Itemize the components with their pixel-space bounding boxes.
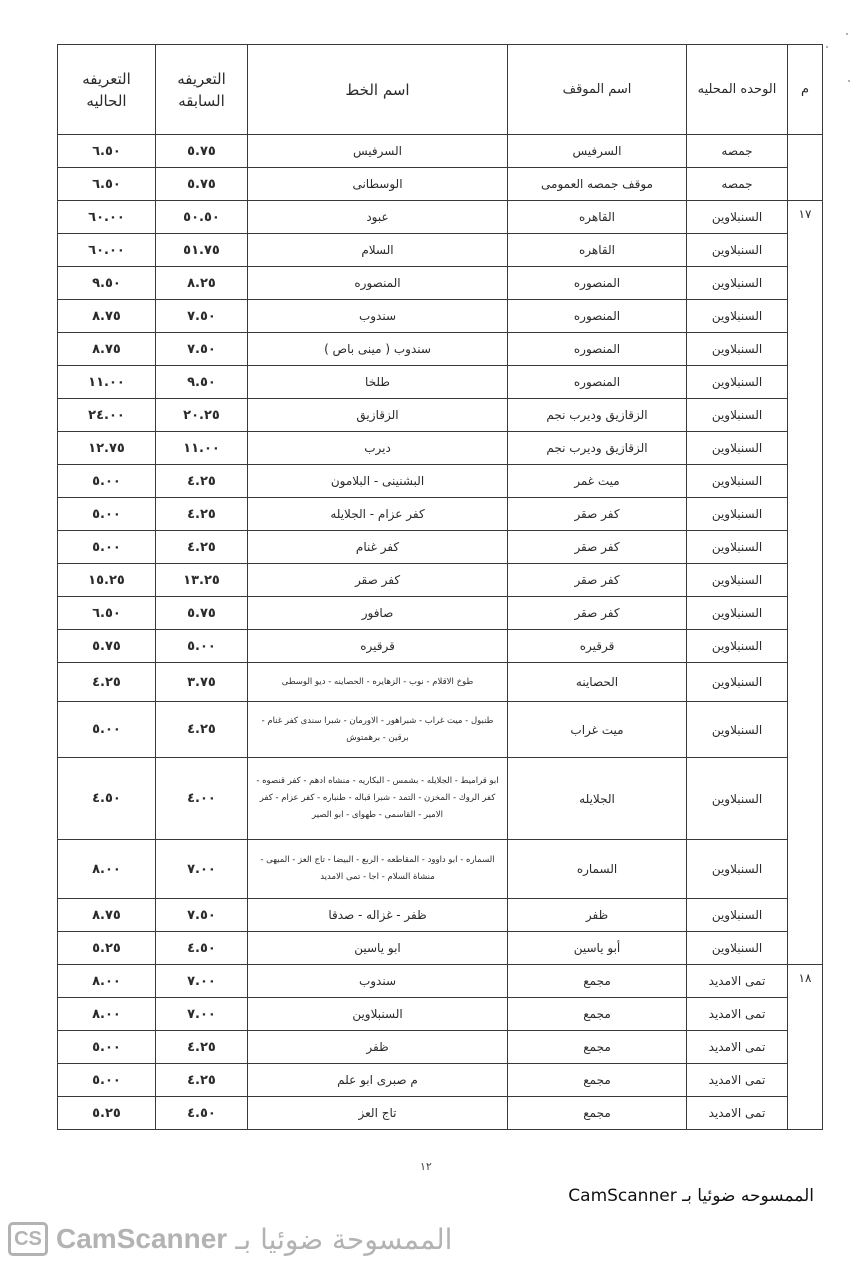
table-row: تمى الامديدمجمعم صبرى ابو علم٤.٢٥٥.٠٠ [58,1064,823,1097]
previous-fare-cell: ٩.٥٠ [156,366,248,399]
table-row: السنبلاوينميت غرابطنبول - ميت غراب - شبر… [58,702,823,758]
fare-table-container: م الوحده المحليه اسم الموقف اسم الخط الت… [57,44,822,1130]
header-line-name: اسم الخط [248,45,508,135]
line-name-cell: سندوب [248,300,508,333]
local-unit-cell: تمى الامديد [687,1031,788,1064]
table-row: تمى الامديدمجمعالسنبلاوين٧.٠٠٨.٠٠ [58,998,823,1031]
stop-name-cell: كفر صقر [508,498,687,531]
local-unit-cell: السنبلاوين [687,702,788,758]
table-row: السنبلاوينكفر صقركفر عزام - الجلايله٤.٢٥… [58,498,823,531]
watermark-arabic: الممسوحة ضوئيا بـ [235,1223,452,1256]
stop-name-cell: مجمع [508,1097,687,1130]
previous-fare-cell: ٤.٠٠ [156,758,248,840]
current-fare-cell: ٥.٠٠ [58,702,156,758]
previous-fare-cell: ٧.٥٠ [156,300,248,333]
previous-fare-cell: ٥.٧٥ [156,597,248,630]
current-fare-cell: ٨.٧٥ [58,899,156,932]
scanned-document-page: م الوحده المحليه اسم الموقف اسم الخط الت… [0,0,864,1280]
local-unit-cell: السنبلاوين [687,234,788,267]
table-row: السنبلاوينميت غمرالبشنينى - البلامون٤.٢٥… [58,465,823,498]
current-fare-cell: ٨.٠٠ [58,965,156,998]
previous-fare-cell: ٧.٠٠ [156,998,248,1031]
line-name-cell: ابو قراميط - الجلايله - بشمس - البكاريه … [248,758,508,840]
previous-fare-cell: ٤.٢٥ [156,531,248,564]
previous-fare-cell: ٧.٠٠ [156,965,248,998]
table-row: جمصهالسرفيسالسرفيس٥.٧٥٦.٥٠ [58,135,823,168]
previous-fare-cell: ٧.٥٠ [156,899,248,932]
previous-fare-cell: ٤.٥٠ [156,1097,248,1130]
table-row: السنبلاوينالمنصورهطلخا٩.٥٠١١.٠٠ [58,366,823,399]
current-fare-cell: ٥.٠٠ [58,1031,156,1064]
current-fare-cell: ٥.٢٥ [58,932,156,965]
previous-fare-cell: ٨.٢٥ [156,267,248,300]
local-unit-cell: السنبلاوين [687,663,788,702]
header-stop-name: اسم الموقف [508,45,687,135]
serial-cell: ١٨ [788,965,823,1130]
stop-name-cell: ظفر [508,899,687,932]
stop-name-cell: ميت غمر [508,465,687,498]
line-name-cell: السماره - ابو داوود - المقاطعه - الربع -… [248,840,508,899]
previous-fare-cell: ٤.٢٥ [156,702,248,758]
line-name-cell: كفر صقر [248,564,508,597]
line-name-cell: صافور [248,597,508,630]
current-fare-cell: ٨.٧٥ [58,333,156,366]
stop-name-cell: مجمع [508,1064,687,1097]
stop-name-cell: كفر صقر [508,564,687,597]
line-name-cell: الوسطانى [248,168,508,201]
current-fare-cell: ٦.٥٠ [58,135,156,168]
local-unit-cell: السنبلاوين [687,899,788,932]
table-row: السنبلاوينكفر صقركفر صقر١٣.٢٥١٥.٢٥ [58,564,823,597]
line-name-cell: السرفيس [248,135,508,168]
previous-fare-cell: ٥٠.٥٠ [156,201,248,234]
current-fare-cell: ٥.٠٠ [58,465,156,498]
header-serial: م [788,45,823,135]
table-row: تمى الامديدمجمعظفر٤.٢٥٥.٠٠ [58,1031,823,1064]
scan-note: الممسوحه ضوئيا بـ CamScanner [568,1186,814,1206]
line-name-cell: سندوب ( مينى باص ) [248,333,508,366]
local-unit-cell: السنبلاوين [687,758,788,840]
local-unit-cell: السنبلاوين [687,399,788,432]
current-fare-cell: ٦٠.٠٠ [58,201,156,234]
local-unit-cell: السنبلاوين [687,630,788,663]
table-header-row: م الوحده المحليه اسم الموقف اسم الخط الت… [58,45,823,135]
current-fare-cell: ٦.٥٠ [58,168,156,201]
line-name-cell: طوخ الاقلام - نوب - الزهايره - الحصاينه … [248,663,508,702]
table-row: السنبلاوينكفر صقرصافور٥.٧٥٦.٥٠ [58,597,823,630]
local-unit-cell: جمصه [687,168,788,201]
line-name-cell: ظفر - غزاله - صدقا [248,899,508,932]
current-fare-cell: ١٢.٧٥ [58,432,156,465]
table-row: السنبلاوينكفر صقركفر غنام٤.٢٥٥.٠٠ [58,531,823,564]
current-fare-cell: ١١.٠٠ [58,366,156,399]
header-previous-fare: التعريفه السابقه [156,45,248,135]
local-unit-cell: السنبلاوين [687,840,788,899]
stop-name-cell: مجمع [508,1031,687,1064]
previous-fare-cell: ٥١.٧٥ [156,234,248,267]
line-name-cell: البشنينى - البلامون [248,465,508,498]
table-row: السنبلاوينالحصاينهطوخ الاقلام - نوب - ال… [58,663,823,702]
local-unit-cell: السنبلاوين [687,333,788,366]
stop-name-cell: المنصوره [508,267,687,300]
watermark-brand: CamScanner [56,1223,227,1255]
serial-cell [788,135,823,201]
current-fare-cell: ٤.٢٥ [58,663,156,702]
line-name-cell: السنبلاوين [248,998,508,1031]
local-unit-cell: السنبلاوين [687,432,788,465]
table-row: السنبلاوينظفرظفر - غزاله - صدقا٧.٥٠٨.٧٥ [58,899,823,932]
local-unit-cell: السنبلاوين [687,465,788,498]
previous-fare-cell: ٥.٧٥ [156,168,248,201]
local-unit-cell: السنبلاوين [687,366,788,399]
table-row: تمى الامديدمجمعتاج العز٤.٥٠٥.٢٥ [58,1097,823,1130]
current-fare-cell: ٤.٥٠ [58,758,156,840]
stop-name-cell: مجمع [508,965,687,998]
local-unit-cell: تمى الامديد [687,1097,788,1130]
table-row: السنبلاوينالزقازيق وديرب نجمديرب١١.٠٠١٢.… [58,432,823,465]
previous-fare-cell: ١٣.٢٥ [156,564,248,597]
stop-name-cell: الزقازيق وديرب نجم [508,399,687,432]
current-fare-cell: ٥.٧٥ [58,630,156,663]
header-current-fare: التعريفه الحاليه [58,45,156,135]
stop-name-cell: المنصوره [508,300,687,333]
stop-name-cell: مجمع [508,998,687,1031]
table-row: جمصهموقف جمصه العمومىالوسطانى٥.٧٥٦.٥٠ [58,168,823,201]
line-name-cell: عبود [248,201,508,234]
fare-table: م الوحده المحليه اسم الموقف اسم الخط الت… [57,44,823,1130]
local-unit-cell: تمى الامديد [687,965,788,998]
stop-name-cell: الزقازيق وديرب نجم [508,432,687,465]
scan-speck [848,80,850,82]
current-fare-cell: ٦٠.٠٠ [58,234,156,267]
table-row: السنبلاوينالمنصورهالمنصوره٨.٢٥٩.٥٠ [58,267,823,300]
table-row: السنبلاوينقرقيرهقرقيره٥.٠٠٥.٧٥ [58,630,823,663]
local-unit-cell: السنبلاوين [687,267,788,300]
current-fare-cell: ٨.٠٠ [58,840,156,899]
line-name-cell: الزقازيق [248,399,508,432]
table-row: السنبلاوينالمنصورهسندوب ( مينى باص )٧.٥٠… [58,333,823,366]
local-unit-cell: السنبلاوين [687,564,788,597]
line-name-cell: تاج العز [248,1097,508,1130]
current-fare-cell: ٦.٥٠ [58,597,156,630]
stop-name-cell: القاهره [508,201,687,234]
local-unit-cell: السنبلاوين [687,498,788,531]
stop-name-cell: قرقيره [508,630,687,663]
stop-name-cell: القاهره [508,234,687,267]
scan-speck [846,33,848,35]
line-name-cell: كفر غنام [248,531,508,564]
previous-fare-cell: ٤.٢٥ [156,465,248,498]
previous-fare-cell: ٥.٧٥ [156,135,248,168]
stop-name-cell: موقف جمصه العمومى [508,168,687,201]
scan-speck [826,46,828,48]
previous-fare-cell: ٧.٥٠ [156,333,248,366]
line-name-cell: السلام [248,234,508,267]
current-fare-cell: ٨.٧٥ [58,300,156,333]
current-fare-cell: ٥.٢٥ [58,1097,156,1130]
local-unit-cell: تمى الامديد [687,998,788,1031]
table-row: السنبلاوينالزقازيق وديرب نجمالزقازيق٢٠.٢… [58,399,823,432]
header-local-unit: الوحده المحليه [687,45,788,135]
line-name-cell: طلخا [248,366,508,399]
line-name-cell: قرقيره [248,630,508,663]
stop-name-cell: السماره [508,840,687,899]
current-fare-cell: ١٥.٢٥ [58,564,156,597]
stop-name-cell: الجلايله [508,758,687,840]
line-name-cell: ابو ياسين [248,932,508,965]
line-name-cell: ديرب [248,432,508,465]
stop-name-cell: كفر صقر [508,597,687,630]
local-unit-cell: السنبلاوين [687,932,788,965]
local-unit-cell: السنبلاوين [687,597,788,630]
local-unit-cell: السنبلاوين [687,531,788,564]
previous-fare-cell: ٥.٠٠ [156,630,248,663]
table-row: السنبلاوينالجلايلهابو قراميط - الجلايله … [58,758,823,840]
previous-fare-cell: ٤.٢٥ [156,1031,248,1064]
previous-fare-cell: ٤.٢٥ [156,1064,248,1097]
stop-name-cell: المنصوره [508,333,687,366]
stop-name-cell: ميت غراب [508,702,687,758]
stop-name-cell: المنصوره [508,366,687,399]
table-row: ١٨تمى الامديدمجمعسندوب٧.٠٠٨.٠٠ [58,965,823,998]
page-number: ١٢ [420,1160,432,1173]
stop-name-cell: أبو ياسين [508,932,687,965]
table-row: السنبلاوينأبو ياسينابو ياسين٤.٥٠٥.٢٥ [58,932,823,965]
local-unit-cell: السنبلاوين [687,201,788,234]
local-unit-cell: جمصه [687,135,788,168]
line-name-cell: م صبرى ابو علم [248,1064,508,1097]
line-name-cell: ظفر [248,1031,508,1064]
camscanner-watermark: CS CamScanner الممسوحة ضوئيا بـ [8,1222,452,1256]
local-unit-cell: تمى الامديد [687,1064,788,1097]
current-fare-cell: ٥.٠٠ [58,1064,156,1097]
current-fare-cell: ٩.٥٠ [58,267,156,300]
current-fare-cell: ٥.٠٠ [58,498,156,531]
table-row: السنبلاوينالقاهرهالسلام٥١.٧٥٦٠.٠٠ [58,234,823,267]
table-row: ١٧السنبلاوينالقاهرهعبود٥٠.٥٠٦٠.٠٠ [58,201,823,234]
previous-fare-cell: ٤.٢٥ [156,498,248,531]
previous-fare-cell: ٤.٥٠ [156,932,248,965]
line-name-cell: سندوب [248,965,508,998]
previous-fare-cell: ١١.٠٠ [156,432,248,465]
current-fare-cell: ٥.٠٠ [58,531,156,564]
camscanner-logo-icon: CS [8,1222,48,1256]
previous-fare-cell: ٣.٧٥ [156,663,248,702]
table-row: السنبلاوينالمنصورهسندوب٧.٥٠٨.٧٥ [58,300,823,333]
previous-fare-cell: ٢٠.٢٥ [156,399,248,432]
stop-name-cell: السرفيس [508,135,687,168]
serial-cell: ١٧ [788,201,823,965]
current-fare-cell: ٢٤.٠٠ [58,399,156,432]
table-row: السنبلاوينالسمارهالسماره - ابو داوود - ا… [58,840,823,899]
previous-fare-cell: ٧.٠٠ [156,840,248,899]
line-name-cell: المنصوره [248,267,508,300]
line-name-cell: طنبول - ميت غراب - شبراهور - الاورمان - … [248,702,508,758]
stop-name-cell: الحصاينه [508,663,687,702]
stop-name-cell: كفر صقر [508,531,687,564]
line-name-cell: كفر عزام - الجلايله [248,498,508,531]
table-body: جمصهالسرفيسالسرفيس٥.٧٥٦.٥٠جمصهموقف جمصه … [58,135,823,1130]
current-fare-cell: ٨.٠٠ [58,998,156,1031]
local-unit-cell: السنبلاوين [687,300,788,333]
